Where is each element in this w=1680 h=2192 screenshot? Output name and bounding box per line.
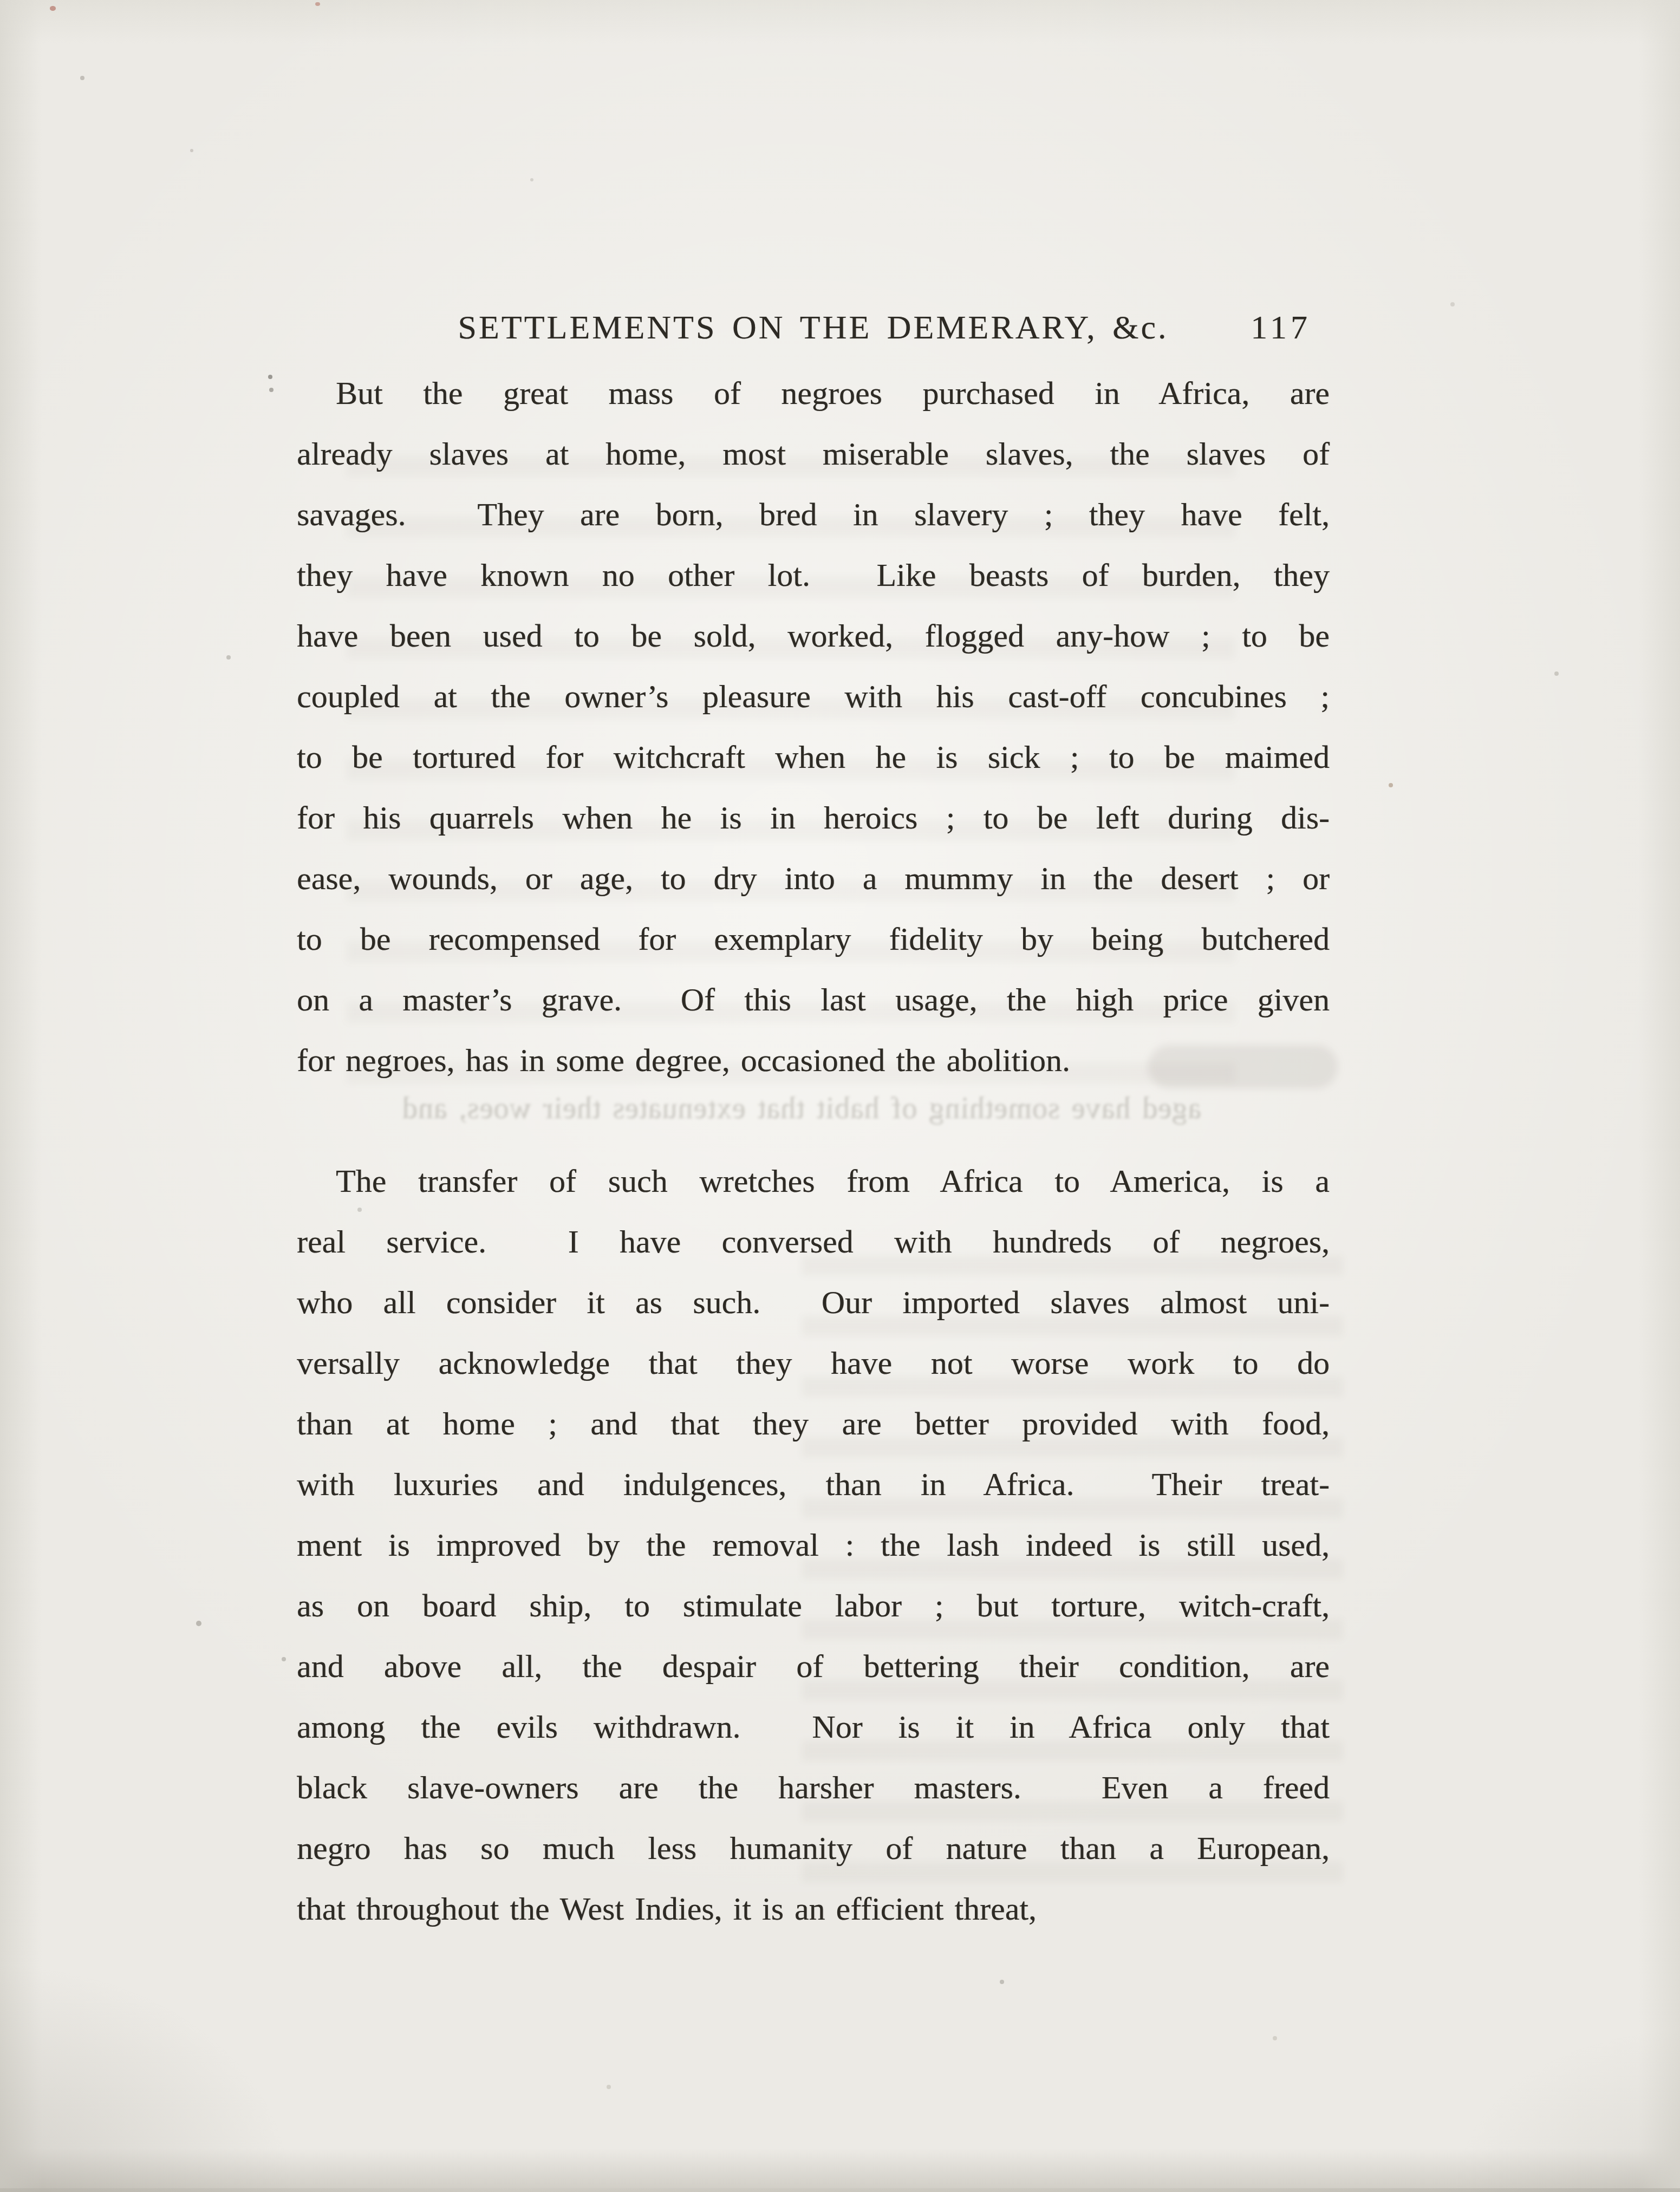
paragraph: The transfer of such wretches from Afric…	[297, 1151, 1330, 1939]
text-line: ease, wounds, or age, to dry into a mumm…	[297, 848, 1330, 909]
text-line: negro has so much less humanity of natur…	[297, 1818, 1330, 1878]
scanned-book-page: { "header": { "title": "SETTLEMENTS ON T…	[0, 0, 1680, 2192]
text-line: already slaves at home, most miserable s…	[297, 423, 1330, 484]
text-line: versally acknowledge that they have not …	[297, 1333, 1330, 1393]
text-line: for negroes, has in some degree, occasio…	[297, 1030, 1330, 1091]
running-header-title: SETTLEMENTS ON THE DEMERARY, &c.	[297, 310, 1330, 345]
text-line: who all consider it as such. Our importe…	[297, 1272, 1330, 1333]
text-line: ment is improved by the removal : the la…	[297, 1515, 1330, 1575]
text-line: for his quarrels when he is in heroics ;…	[297, 787, 1330, 848]
scan-bottom-edge	[0, 2188, 1680, 2192]
text-line: black slave-owners are the harsher maste…	[297, 1757, 1330, 1818]
text-line: and above all, the despair of bettering …	[297, 1636, 1330, 1697]
text-line: The transfer of such wretches from Afric…	[297, 1151, 1330, 1211]
running-header: SETTLEMENTS ON THE DEMERARY, &c. 117	[297, 310, 1330, 353]
bleed-through-text: aged have something of habit that extenu…	[325, 1090, 1278, 1127]
page-number: 117	[1251, 310, 1311, 345]
text-line: have been used to be sold, worked, flogg…	[297, 605, 1330, 666]
text-line: to be tortured for witchcraft when he is…	[297, 727, 1330, 787]
text-line: among the evils withdrawn. Nor is it in …	[297, 1697, 1330, 1757]
text-line: But the great mass of negroes purchased …	[297, 363, 1330, 423]
text-line: that throughout the West Indies, it is a…	[297, 1878, 1330, 1939]
text-line: as on board ship, to stimulate labor ; b…	[297, 1575, 1330, 1636]
text-line: real service. I have conversed with hund…	[297, 1211, 1330, 1272]
text-line: with luxuries and indulgences, than in A…	[297, 1454, 1330, 1515]
text-line: to be recompensed for exemplary fidelity…	[297, 909, 1330, 969]
paragraph: But the great mass of negroes purchased …	[297, 363, 1330, 1091]
text-line: savages. They are born, bred in slavery …	[297, 484, 1330, 545]
text-line: they have known no other lot. Like beast…	[297, 545, 1330, 605]
text-line: coupled at the owner’s pleasure with his…	[297, 666, 1330, 727]
text-line: on a master’s grave. Of this last usage,…	[297, 969, 1330, 1030]
red-ink-specks	[0, 0, 3, 2]
text-line: than at home ; and that they are better …	[297, 1393, 1330, 1454]
